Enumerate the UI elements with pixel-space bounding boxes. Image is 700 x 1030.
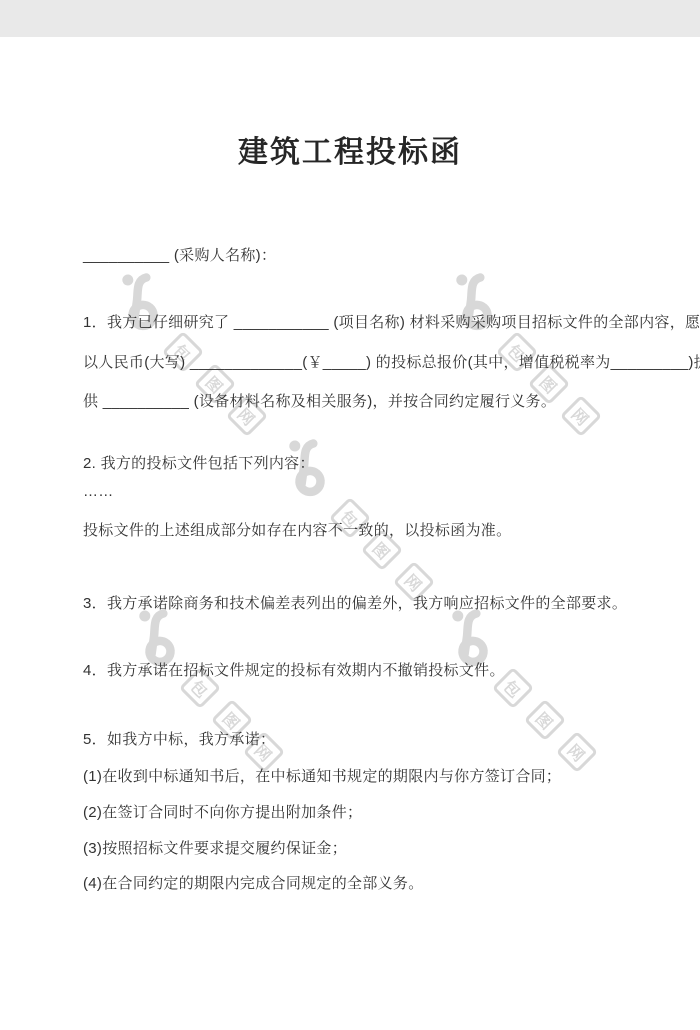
paragraph-1-line-3: 供 __________ (设备材料名称及相关服务)，并按合同约定履行义务。: [83, 390, 556, 411]
paragraph-2-note: 投标文件的上述组成部分如存在内容不一致的，以投标函为准。: [83, 519, 511, 540]
document-page: 包图网包图网包图网包图网包图网 建筑工程投标函 __________ (采购人名…: [0, 0, 700, 1030]
recipient-line: __________ (采购人名称)：: [83, 244, 276, 265]
paragraph-5-item-2: (2)在签订合同时不向你方提出附加条件；: [83, 801, 362, 822]
paragraph-5-heading: 5．如我方中标，我方承诺：: [83, 728, 275, 749]
watermark-char-diamond: 网: [556, 731, 598, 773]
paragraph-2-ellipsis: ……: [83, 483, 114, 500]
watermark-char: 图: [531, 706, 559, 734]
paragraph-2-heading: 2. 我方的投标文件包括下列内容：: [83, 452, 315, 473]
paragraph-5-item-1: (1)在收到中标通知书后，在中标通知书规定的期限内与你方签订合同；: [83, 765, 561, 786]
watermark-char: 图: [368, 536, 396, 564]
baotu-watermark: 包图网: [135, 608, 285, 783]
paragraph-1-line-2: 以人民币(大写) _____________(￥_____) 的投标总报价(其中…: [83, 351, 700, 372]
watermark-char-diamond: 网: [560, 395, 602, 437]
paragraph-4: 4．我方承诺在招标文件规定的投标有效期内不撤销投标文件。: [83, 659, 505, 680]
baotu-watermark: 包图网: [448, 608, 598, 783]
watermark-char: 网: [567, 402, 595, 430]
paragraph-5-item-4: (4)在合同约定的期限内完成合同规定的全部义务。: [83, 872, 424, 893]
watermark-char: 网: [563, 738, 591, 766]
document-title: 建筑工程投标函: [0, 127, 700, 171]
watermark-char-diamond: 图: [524, 699, 566, 741]
top-gray-band: [0, 0, 700, 37]
paragraph-3: 3．我方承诺除商务和技术偏差表列出的偏差外，我方响应招标文件的全部要求。: [83, 592, 627, 613]
paragraph-1-line-1: 1．我方已仔细研究了 ___________ (项目名称) 材料采购采购项目招标…: [83, 311, 700, 332]
paragraph-5-item-3: (3)按照招标文件要求提交履约保证金；: [83, 837, 347, 858]
